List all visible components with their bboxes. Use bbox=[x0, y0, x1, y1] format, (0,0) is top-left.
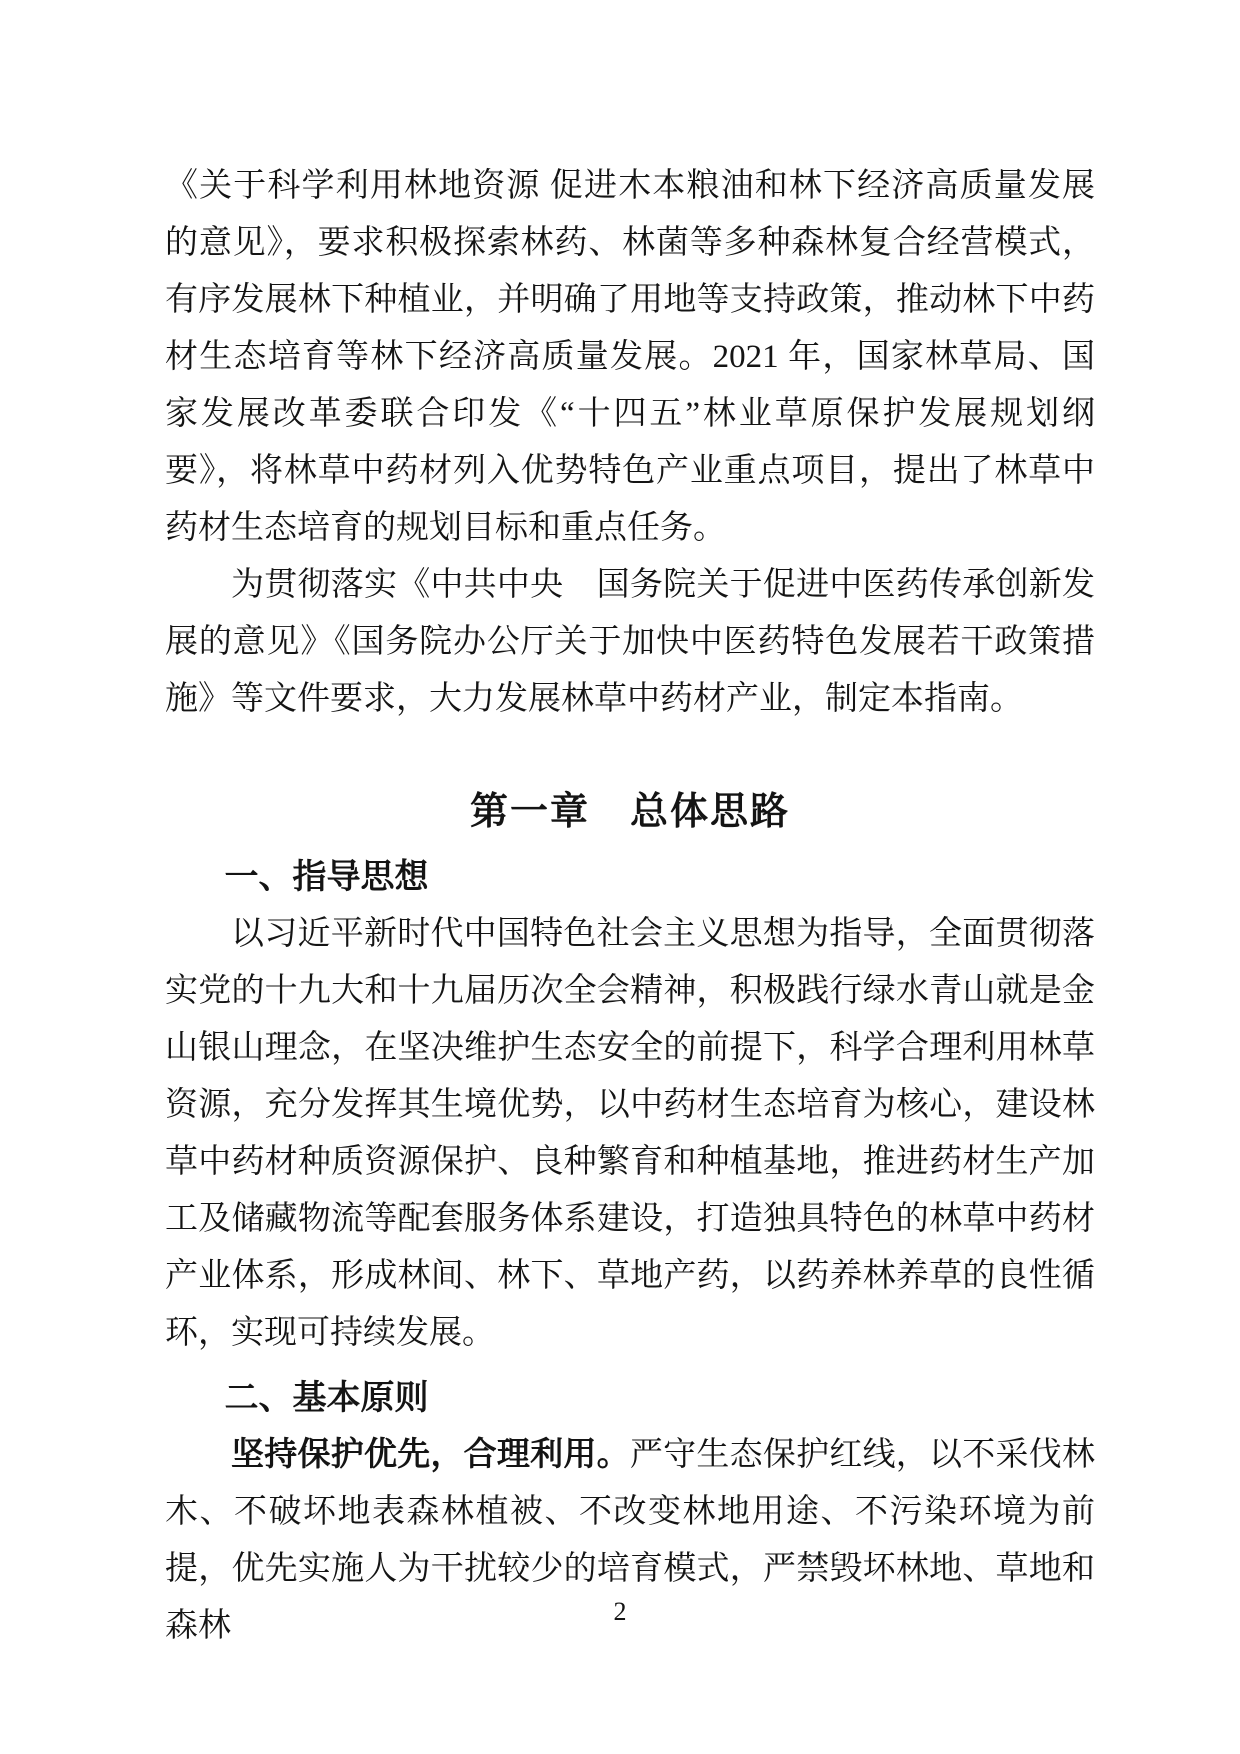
chapter-heading: 第一章 总体思路 bbox=[165, 784, 1095, 841]
document-page: 《关于科学利用林地资源 促进木本粮油和林下经济高质量发展的意见》，要求积极探索林… bbox=[0, 0, 1240, 1754]
paragraph-policy-basis: 为贯彻落实《中共中央 国务院关于促进中医药传承创新发展的意见》《国务院办公厅关于… bbox=[165, 557, 1095, 728]
page-number: 2 bbox=[0, 1596, 1240, 1628]
section-heading-basic-principles: 二、基本原则 bbox=[165, 1370, 1095, 1427]
section-heading-guiding-ideology: 一、指导思想 bbox=[165, 849, 1095, 906]
paragraph-continuation: 《关于科学利用林地资源 促进木本粮油和林下经济高质量发展的意见》，要求积极探索林… bbox=[165, 158, 1095, 557]
paragraph-guiding-ideology: 以习近平新时代中国特色社会主义思想为指导，全面贯彻落实党的十九大和十九届历次全会… bbox=[165, 906, 1095, 1362]
paragraph-bold-lead: 坚持保护优先，合理利用。 bbox=[231, 1437, 630, 1473]
page-content: 《关于科学利用林地资源 促进木本粮油和林下经济高质量发展的意见》，要求积极探索林… bbox=[165, 158, 1095, 1655]
